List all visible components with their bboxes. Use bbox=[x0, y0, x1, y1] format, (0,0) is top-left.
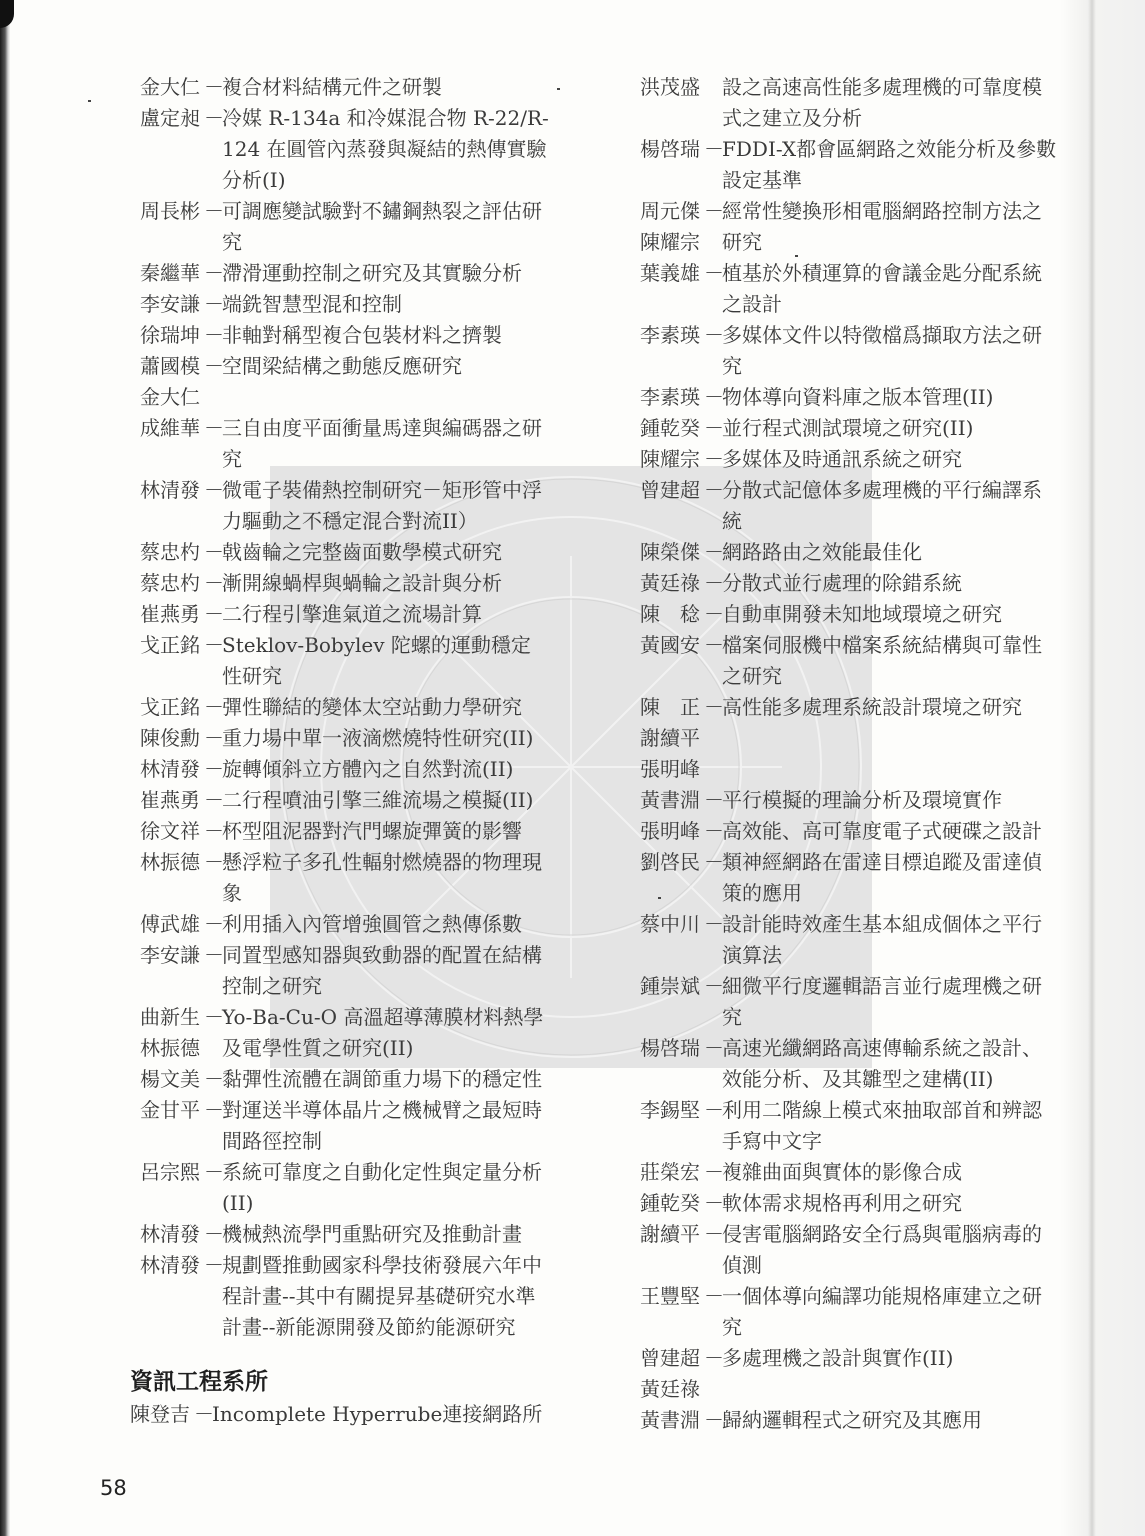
project-title: 冷媒 R-134a 和冷媒混合物 R-22/R- 124 在圓管內蒸發與凝結的熱… bbox=[222, 103, 600, 196]
separator-dash: － bbox=[704, 1219, 722, 1250]
list-item: 鍾乾癸－軟体需求規格再利用之研究 bbox=[640, 1188, 1060, 1219]
project-title: 對運送半導体晶片之機械臂之最短時 間路徑控制 bbox=[222, 1095, 600, 1157]
researcher-name: 洪茂盛 bbox=[640, 72, 708, 103]
separator-dash: － bbox=[204, 351, 222, 382]
project-title: 微電子裝備熱控制研究－矩形管中浮 力驅動之不穩定混合對流II） bbox=[222, 475, 600, 537]
researcher-name: 周長彬 bbox=[140, 196, 206, 227]
list-item: 盧定昶－冷媒 R-134a 和冷媒混合物 R-22/R- 124 在圓管內蒸發與… bbox=[140, 103, 600, 196]
list-item: 徐文祥－杯型阻泥器對汽門螺旋彈簧的影響 bbox=[140, 816, 600, 847]
researcher-name: 鍾乾癸 bbox=[640, 1188, 708, 1219]
list-item: 陳 稔－自動車開發未知地域環境之研究 bbox=[640, 599, 1060, 630]
project-title: 自動車開發未知地域環境之研究 bbox=[722, 599, 1060, 630]
project-title: Incomplete Hyperrube連接網路所 bbox=[212, 1399, 600, 1430]
separator-dash: － bbox=[704, 971, 722, 1002]
separator-dash: － bbox=[704, 1343, 722, 1374]
separator-dash: － bbox=[204, 909, 222, 940]
list-item: 張明峰 bbox=[640, 754, 1060, 785]
list-item: 李素瑛－多媒体文件以特徵檔爲擷取方法之研 究 bbox=[640, 320, 1060, 382]
separator-dash: － bbox=[704, 1033, 722, 1064]
researcher-name: 鍾乾癸 bbox=[640, 413, 708, 444]
researcher-name: 金甘平 bbox=[140, 1095, 206, 1126]
separator-dash: － bbox=[704, 196, 722, 227]
project-title: 同置型感知器與致動器的配置在結構 控制之研究 bbox=[222, 940, 600, 1002]
researcher-name: 曾建超 bbox=[640, 475, 708, 506]
researcher-name: 李素瑛 bbox=[640, 320, 708, 351]
separator-dash: － bbox=[204, 599, 222, 630]
researcher-name: 崔燕勇 bbox=[140, 785, 206, 816]
researcher-name: 林振德 bbox=[140, 847, 206, 878]
separator-dash: － bbox=[204, 413, 222, 444]
separator-dash: － bbox=[204, 320, 222, 351]
list-item: 陳耀宗研究 bbox=[640, 227, 1060, 258]
scan-speck bbox=[795, 255, 798, 257]
separator-dash: － bbox=[204, 785, 222, 816]
list-item: 黃書淵－歸納邏輯程式之研究及其應用 bbox=[640, 1405, 1060, 1436]
list-item: 周長彬－可調應變試驗對不鏽鋼熱裂之評估研 究 bbox=[140, 196, 600, 258]
project-title: 彈性聯結的變体太空站動力學研究 bbox=[222, 692, 600, 723]
researcher-name: 金大仁 bbox=[140, 382, 206, 413]
separator-dash: － bbox=[704, 909, 722, 940]
project-title: 黏彈性流體在調節重力場下的穩定性 bbox=[222, 1064, 600, 1095]
researcher-name: 盧定昶 bbox=[140, 103, 206, 134]
researcher-name: 劉啓民 bbox=[640, 847, 708, 878]
researcher-name: 陳耀宗 bbox=[640, 444, 708, 475]
scan-speck bbox=[658, 897, 661, 899]
list-item: 傅武雄－利用插入內管增強圓管之熱傳係數 bbox=[140, 909, 600, 940]
separator-dash: － bbox=[204, 940, 222, 971]
separator-dash: － bbox=[704, 134, 722, 165]
project-title: 一個体導向編譯功能規格庫建立之研 究 bbox=[722, 1281, 1060, 1343]
list-item: 戈正銘－Steklov-Bobylev 陀螺的運動穩定 性研究 bbox=[140, 630, 600, 692]
separator-dash: － bbox=[704, 599, 722, 630]
project-title: 細微平行度邏輯語言並行處理機之研 究 bbox=[722, 971, 1060, 1033]
researcher-name: 蔡忠杓 bbox=[140, 568, 206, 599]
researcher-name: 謝續平 bbox=[640, 1219, 708, 1250]
researcher-name: 張明峰 bbox=[640, 754, 708, 785]
list-item: 徐瑞坤－非軸對稱型複合包裝材料之擠製 bbox=[140, 320, 600, 351]
page-number: 58 bbox=[100, 1476, 127, 1500]
scan-left-edge bbox=[0, 0, 10, 1536]
separator-dash: － bbox=[204, 816, 222, 847]
list-item: 李錫堅－利用二階線上模式來抽取部首和辨認 手寫中文字 bbox=[640, 1095, 1060, 1157]
researcher-name: 傅武雄 bbox=[140, 909, 206, 940]
list-item: 莊榮宏－複雜曲面與實体的影像合成 bbox=[640, 1157, 1060, 1188]
researcher-name: 陳 正 bbox=[640, 692, 708, 723]
list-item: 曾建超－分散式記億体多處理機的平行編譯系 統 bbox=[640, 475, 1060, 537]
separator-dash: － bbox=[204, 1095, 222, 1126]
list-item: 陳耀宗－多媒体及時通訊系統之研究 bbox=[640, 444, 1060, 475]
researcher-name: 陳榮傑 bbox=[640, 537, 708, 568]
project-title: 物体導向資料庫之版本管理(II) bbox=[722, 382, 1060, 413]
list-item: 林清發－旋轉傾斜立方體內之自然對流(II) bbox=[140, 754, 600, 785]
separator-dash: － bbox=[204, 1219, 222, 1250]
project-title bbox=[222, 382, 600, 413]
separator-dash: － bbox=[204, 630, 222, 661]
separator-dash: － bbox=[704, 630, 722, 661]
separator-dash: － bbox=[204, 475, 222, 506]
project-title: 及電學性質之研究(II) bbox=[222, 1033, 600, 1064]
separator-dash: － bbox=[204, 289, 222, 320]
list-item: 謝續平－侵害電腦網路安全行爲與電腦病毒的 偵測 bbox=[640, 1219, 1060, 1281]
researcher-name: 成維華 bbox=[140, 413, 206, 444]
separator-dash: － bbox=[704, 692, 722, 723]
separator-dash: － bbox=[704, 816, 722, 847]
project-title bbox=[722, 754, 1060, 785]
list-item: 崔燕勇－二行程引擎進氣道之流場計算 bbox=[140, 599, 600, 630]
list-item: 黃國安－檔案伺服機中檔案系統結構與可靠性 之研究 bbox=[640, 630, 1060, 692]
project-title: 多媒体及時通訊系統之研究 bbox=[722, 444, 1060, 475]
researcher-name: 張明峰 bbox=[640, 816, 708, 847]
project-title: 平行模擬的理論分析及環境實作 bbox=[722, 785, 1060, 816]
list-item: 劉啓民－類神經網路在雷達目標追蹤及雷達偵 策的應用 bbox=[640, 847, 1060, 909]
separator-dash: － bbox=[204, 723, 222, 754]
section-heading: 資訊工程系所 bbox=[130, 1365, 600, 1399]
project-title: Steklov-Bobylev 陀螺的運動穩定 性研究 bbox=[222, 630, 600, 692]
project-title: 歸納邏輯程式之研究及其應用 bbox=[722, 1405, 1060, 1436]
list-item: 黃書淵－平行模擬的理論分析及環境實作 bbox=[640, 785, 1060, 816]
separator-dash: － bbox=[704, 785, 722, 816]
separator-dash: － bbox=[704, 537, 722, 568]
project-title: 滯滑運動控制之研究及其實驗分析 bbox=[222, 258, 600, 289]
list-item: 蔡忠杓－戟齒輪之完整齒面數學模式研究 bbox=[140, 537, 600, 568]
separator-dash: － bbox=[194, 1399, 212, 1430]
project-title: 重力場中單一液滴燃燒特性研究(II) bbox=[222, 723, 600, 754]
project-title: 檔案伺服機中檔案系統結構與可靠性 之研究 bbox=[722, 630, 1060, 692]
researcher-name: 鍾崇斌 bbox=[640, 971, 708, 1002]
project-title: 植基於外積運算的會議金匙分配系統 之設計 bbox=[722, 258, 1060, 320]
list-item: 林清發－機械熱流學門重點研究及推動計畫 bbox=[140, 1219, 600, 1250]
researcher-name: 陳俊勳 bbox=[140, 723, 206, 754]
project-title: FDDI-X都會區網路之效能分析及參數 設定基準 bbox=[722, 134, 1060, 196]
separator-dash: － bbox=[704, 1281, 722, 1312]
researcher-name: 曲新生 bbox=[140, 1002, 206, 1033]
list-item: 林振德－懸浮粒子多孔性輻射燃燒器的物理現 象 bbox=[140, 847, 600, 909]
project-title: 懸浮粒子多孔性輻射燃燒器的物理現 象 bbox=[222, 847, 600, 909]
list-item: 陳俊勳－重力場中單一液滴燃燒特性研究(II) bbox=[140, 723, 600, 754]
list-item: 林清發－規劃暨推動國家科學技術發展六年中 程計畫--其中有關提昇基礎研究水準 計… bbox=[140, 1250, 600, 1343]
researcher-name: 陳登吉 bbox=[130, 1399, 196, 1430]
separator-dash: － bbox=[204, 1002, 222, 1033]
researcher-name: 金大仁 bbox=[140, 72, 206, 103]
researcher-name: 李安謙 bbox=[140, 289, 206, 320]
project-title bbox=[722, 723, 1060, 754]
researcher-name: 秦繼華 bbox=[140, 258, 206, 289]
list-item: 蔡中川－設計能時效產生基本組成個体之平行 演算法 bbox=[640, 909, 1060, 971]
list-item: 陳榮傑－網路路由之效能最佳化 bbox=[640, 537, 1060, 568]
project-title: 端銑智慧型混和控制 bbox=[222, 289, 600, 320]
separator-dash: － bbox=[204, 258, 222, 289]
researcher-name: 黃廷祿 bbox=[640, 1374, 708, 1405]
list-item: 林振德及電學性質之研究(II) bbox=[140, 1033, 600, 1064]
separator-dash: － bbox=[204, 537, 222, 568]
separator-dash: － bbox=[704, 258, 722, 289]
researcher-name: 崔燕勇 bbox=[140, 599, 206, 630]
project-title bbox=[722, 1374, 1060, 1405]
separator-dash: － bbox=[204, 568, 222, 599]
separator-dash: － bbox=[704, 1095, 722, 1126]
project-title: 高效能、高可靠度電子式硬碟之設計 bbox=[722, 816, 1060, 847]
researcher-name: 李錫堅 bbox=[640, 1095, 708, 1126]
left-column: 金大仁－複合材料結構元件之研製盧定昶－冷媒 R-134a 和冷媒混合物 R-22… bbox=[140, 72, 600, 1430]
list-item: 謝續平 bbox=[640, 723, 1060, 754]
project-title: 利用插入內管增強圓管之熱傳係數 bbox=[222, 909, 600, 940]
list-item: 林清發－微電子裝備熱控制研究－矩形管中浮 力驅動之不穩定混合對流II） bbox=[140, 475, 600, 537]
researcher-name: 楊啓瑞 bbox=[640, 134, 708, 165]
researcher-name: 李素瑛 bbox=[640, 382, 708, 413]
researcher-name: 莊榮宏 bbox=[640, 1157, 708, 1188]
list-item: 金甘平－對運送半導体晶片之機械臂之最短時 間路徑控制 bbox=[140, 1095, 600, 1157]
researcher-name: 謝續平 bbox=[640, 723, 708, 754]
list-item: 楊文美－黏彈性流體在調節重力場下的穩定性 bbox=[140, 1064, 600, 1095]
separator-dash: － bbox=[204, 72, 222, 103]
researcher-name: 陳 稔 bbox=[640, 599, 708, 630]
list-item: 鍾乾癸－並行程式測試環境之研究(II) bbox=[640, 413, 1060, 444]
researcher-name: 周元傑 bbox=[640, 196, 708, 227]
list-item: 呂宗熙－系統可靠度之自動化定性與定量分析 (II) bbox=[140, 1157, 600, 1219]
project-title: 設計能時效產生基本組成個体之平行 演算法 bbox=[722, 909, 1060, 971]
separator-dash: － bbox=[204, 754, 222, 785]
project-title: 二行程噴油引擎三維流場之模擬(II) bbox=[222, 785, 600, 816]
project-title: 高性能多處理系統設計環境之研究 bbox=[722, 692, 1060, 723]
separator-dash: － bbox=[204, 103, 222, 134]
researcher-name: 王豐堅 bbox=[640, 1281, 708, 1312]
list-item: 王豐堅－一個体導向編譯功能規格庫建立之研 究 bbox=[640, 1281, 1060, 1343]
researcher-name: 戈正銘 bbox=[140, 692, 206, 723]
project-title: 分散式記億体多處理機的平行編譯系 統 bbox=[722, 475, 1060, 537]
list-item: 鍾崇斌－細微平行度邏輯語言並行處理機之研 究 bbox=[640, 971, 1060, 1033]
project-title: 可調應變試驗對不鏽鋼熱裂之評估研 究 bbox=[222, 196, 600, 258]
researcher-name: 楊文美 bbox=[140, 1064, 206, 1095]
project-title: 規劃暨推動國家科學技術發展六年中 程計畫--其中有關提昇基礎研究水準 計畫--新… bbox=[222, 1250, 600, 1343]
list-item: 秦繼華－滯滑運動控制之研究及其實驗分析 bbox=[140, 258, 600, 289]
project-title: 空間梁結構之動態反應研究 bbox=[222, 351, 600, 382]
project-title: 並行程式測試環境之研究(II) bbox=[722, 413, 1060, 444]
project-title: 設之高速高性能多處理機的可靠度模 式之建立及分析 bbox=[722, 72, 1060, 134]
list-item: 陳登吉－Incomplete Hyperrube連接網路所 bbox=[130, 1399, 600, 1430]
list-item: 蕭國模－空間梁結構之動態反應研究 bbox=[140, 351, 600, 382]
project-title: 漸開線蝸桿與蝸輪之設計與分析 bbox=[222, 568, 600, 599]
separator-dash: － bbox=[704, 320, 722, 351]
list-item: 李安謙－端銑智慧型混和控制 bbox=[140, 289, 600, 320]
separator-dash: － bbox=[704, 444, 722, 475]
researcher-name: 徐瑞坤 bbox=[140, 320, 206, 351]
separator-dash: － bbox=[204, 847, 222, 878]
project-title: 分散式並行處理的除錯系統 bbox=[722, 568, 1060, 599]
researcher-name: 林振德 bbox=[140, 1033, 206, 1064]
list-item: 張明峰－高效能、高可靠度電子式硬碟之設計 bbox=[640, 816, 1060, 847]
scan-corner-shadow bbox=[0, 0, 14, 28]
researcher-name: 黃廷祿 bbox=[640, 568, 708, 599]
project-title: 經常性變換形相電腦網路控制方法之 bbox=[722, 196, 1060, 227]
separator-dash: － bbox=[204, 196, 222, 227]
project-title: 網路路由之效能最佳化 bbox=[722, 537, 1060, 568]
separator-dash: － bbox=[704, 1405, 722, 1436]
separator-dash: － bbox=[704, 847, 722, 878]
list-item: 黃廷祿 bbox=[640, 1374, 1060, 1405]
list-item: 崔燕勇－二行程噴油引擎三維流場之模擬(II) bbox=[140, 785, 600, 816]
project-title: 類神經網路在雷達目標追蹤及雷達偵 策的應用 bbox=[722, 847, 1060, 909]
separator-dash: － bbox=[704, 475, 722, 506]
list-item: 金大仁－複合材料結構元件之研製 bbox=[140, 72, 600, 103]
researcher-name: 呂宗熙 bbox=[140, 1157, 206, 1188]
separator-dash: － bbox=[704, 382, 722, 413]
project-title: 非軸對稱型複合包裝材料之擠製 bbox=[222, 320, 600, 351]
list-item: 楊啓瑞－FDDI-X都會區網路之效能分析及參數 設定基準 bbox=[640, 134, 1060, 196]
project-title: 機械熱流學門重點研究及推動計畫 bbox=[222, 1219, 600, 1250]
separator-dash: － bbox=[204, 1250, 222, 1281]
researcher-name: 李安謙 bbox=[140, 940, 206, 971]
project-title: Yo-Ba-Cu-O 高溫超導薄膜材料熱學 bbox=[222, 1002, 600, 1033]
list-item: 洪茂盛設之高速高性能多處理機的可靠度模 式之建立及分析 bbox=[640, 72, 1060, 134]
separator-dash: － bbox=[704, 1157, 722, 1188]
list-item: 周元傑－經常性變換形相電腦網路控制方法之 bbox=[640, 196, 1060, 227]
project-title: 多處理機之設計與實作(II) bbox=[722, 1343, 1060, 1374]
scan-speck bbox=[557, 88, 560, 90]
researcher-name: 楊啓瑞 bbox=[640, 1033, 708, 1064]
scan-speck bbox=[88, 100, 91, 102]
list-item: 黃廷祿－分散式並行處理的除錯系統 bbox=[640, 568, 1060, 599]
researcher-name: 蕭國模 bbox=[140, 351, 206, 382]
project-title: 系統可靠度之自動化定性與定量分析 (II) bbox=[222, 1157, 600, 1219]
project-title: 複雜曲面與實体的影像合成 bbox=[722, 1157, 1060, 1188]
separator-dash: － bbox=[204, 1157, 222, 1188]
researcher-name: 蔡忠杓 bbox=[140, 537, 206, 568]
separator-dash: － bbox=[204, 692, 222, 723]
project-title: 戟齒輪之完整齒面數學模式研究 bbox=[222, 537, 600, 568]
list-item: 蔡忠杓－漸開線蝸桿與蝸輪之設計與分析 bbox=[140, 568, 600, 599]
project-title: 三自由度平面衝量馬達與編碼器之研 究 bbox=[222, 413, 600, 475]
list-item: 曾建超－多處理機之設計與實作(II) bbox=[640, 1343, 1060, 1374]
researcher-name: 徐文祥 bbox=[140, 816, 206, 847]
project-title: 杯型阻泥器對汽門螺旋彈簧的影響 bbox=[222, 816, 600, 847]
researcher-name: 林清發 bbox=[140, 754, 206, 785]
list-item: 葉義雄－植基於外積運算的會議金匙分配系統 之設計 bbox=[640, 258, 1060, 320]
project-title: 軟体需求規格再利用之研究 bbox=[722, 1188, 1060, 1219]
page-gutter-shadow bbox=[1060, 0, 1145, 1536]
researcher-name: 戈正銘 bbox=[140, 630, 206, 661]
separator-dash: － bbox=[204, 1064, 222, 1095]
separator-dash: － bbox=[704, 1188, 722, 1219]
separator-dash: － bbox=[704, 568, 722, 599]
list-item: 李素瑛－物体導向資料庫之版本管理(II) bbox=[640, 382, 1060, 413]
list-item: 成維華－三自由度平面衝量馬達與編碼器之研 究 bbox=[140, 413, 600, 475]
researcher-name: 蔡中川 bbox=[640, 909, 708, 940]
list-item: 戈正銘－彈性聯結的變体太空站動力學研究 bbox=[140, 692, 600, 723]
project-title: 侵害電腦網路安全行爲與電腦病毒的 偵測 bbox=[722, 1219, 1060, 1281]
list-item: 李安謙－同置型感知器與致動器的配置在結構 控制之研究 bbox=[140, 940, 600, 1002]
researcher-name: 黃書淵 bbox=[640, 1405, 708, 1436]
researcher-name: 葉義雄 bbox=[640, 258, 708, 289]
project-title: 利用二階線上模式來抽取部首和辨認 手寫中文字 bbox=[722, 1095, 1060, 1157]
project-title: 二行程引擎進氣道之流場計算 bbox=[222, 599, 600, 630]
researcher-name: 曾建超 bbox=[640, 1343, 708, 1374]
list-item: 曲新生－Yo-Ba-Cu-O 高溫超導薄膜材料熱學 bbox=[140, 1002, 600, 1033]
right-column: 洪茂盛設之高速高性能多處理機的可靠度模 式之建立及分析楊啓瑞－FDDI-X都會區… bbox=[640, 72, 1060, 1436]
researcher-name: 林清發 bbox=[140, 475, 206, 506]
researcher-name: 林清發 bbox=[140, 1250, 206, 1281]
researcher-name: 黃書淵 bbox=[640, 785, 708, 816]
researcher-name: 黃國安 bbox=[640, 630, 708, 661]
separator-dash: － bbox=[704, 413, 722, 444]
project-title: 旋轉傾斜立方體內之自然對流(II) bbox=[222, 754, 600, 785]
project-title: 多媒体文件以特徵檔爲擷取方法之研 究 bbox=[722, 320, 1060, 382]
list-item: 楊啓瑞－高速光纖網路高速傳輸系統之設計、 效能分析、及其雛型之建構(II) bbox=[640, 1033, 1060, 1095]
researcher-name: 林清發 bbox=[140, 1219, 206, 1250]
project-title: 研究 bbox=[722, 227, 1060, 258]
researcher-name: 陳耀宗 bbox=[640, 227, 708, 258]
list-item: 陳 正－高性能多處理系統設計環境之研究 bbox=[640, 692, 1060, 723]
project-title: 高速光纖網路高速傳輸系統之設計、 效能分析、及其雛型之建構(II) bbox=[722, 1033, 1060, 1095]
project-title: 複合材料結構元件之研製 bbox=[222, 72, 600, 103]
list-item: 金大仁 bbox=[140, 382, 600, 413]
